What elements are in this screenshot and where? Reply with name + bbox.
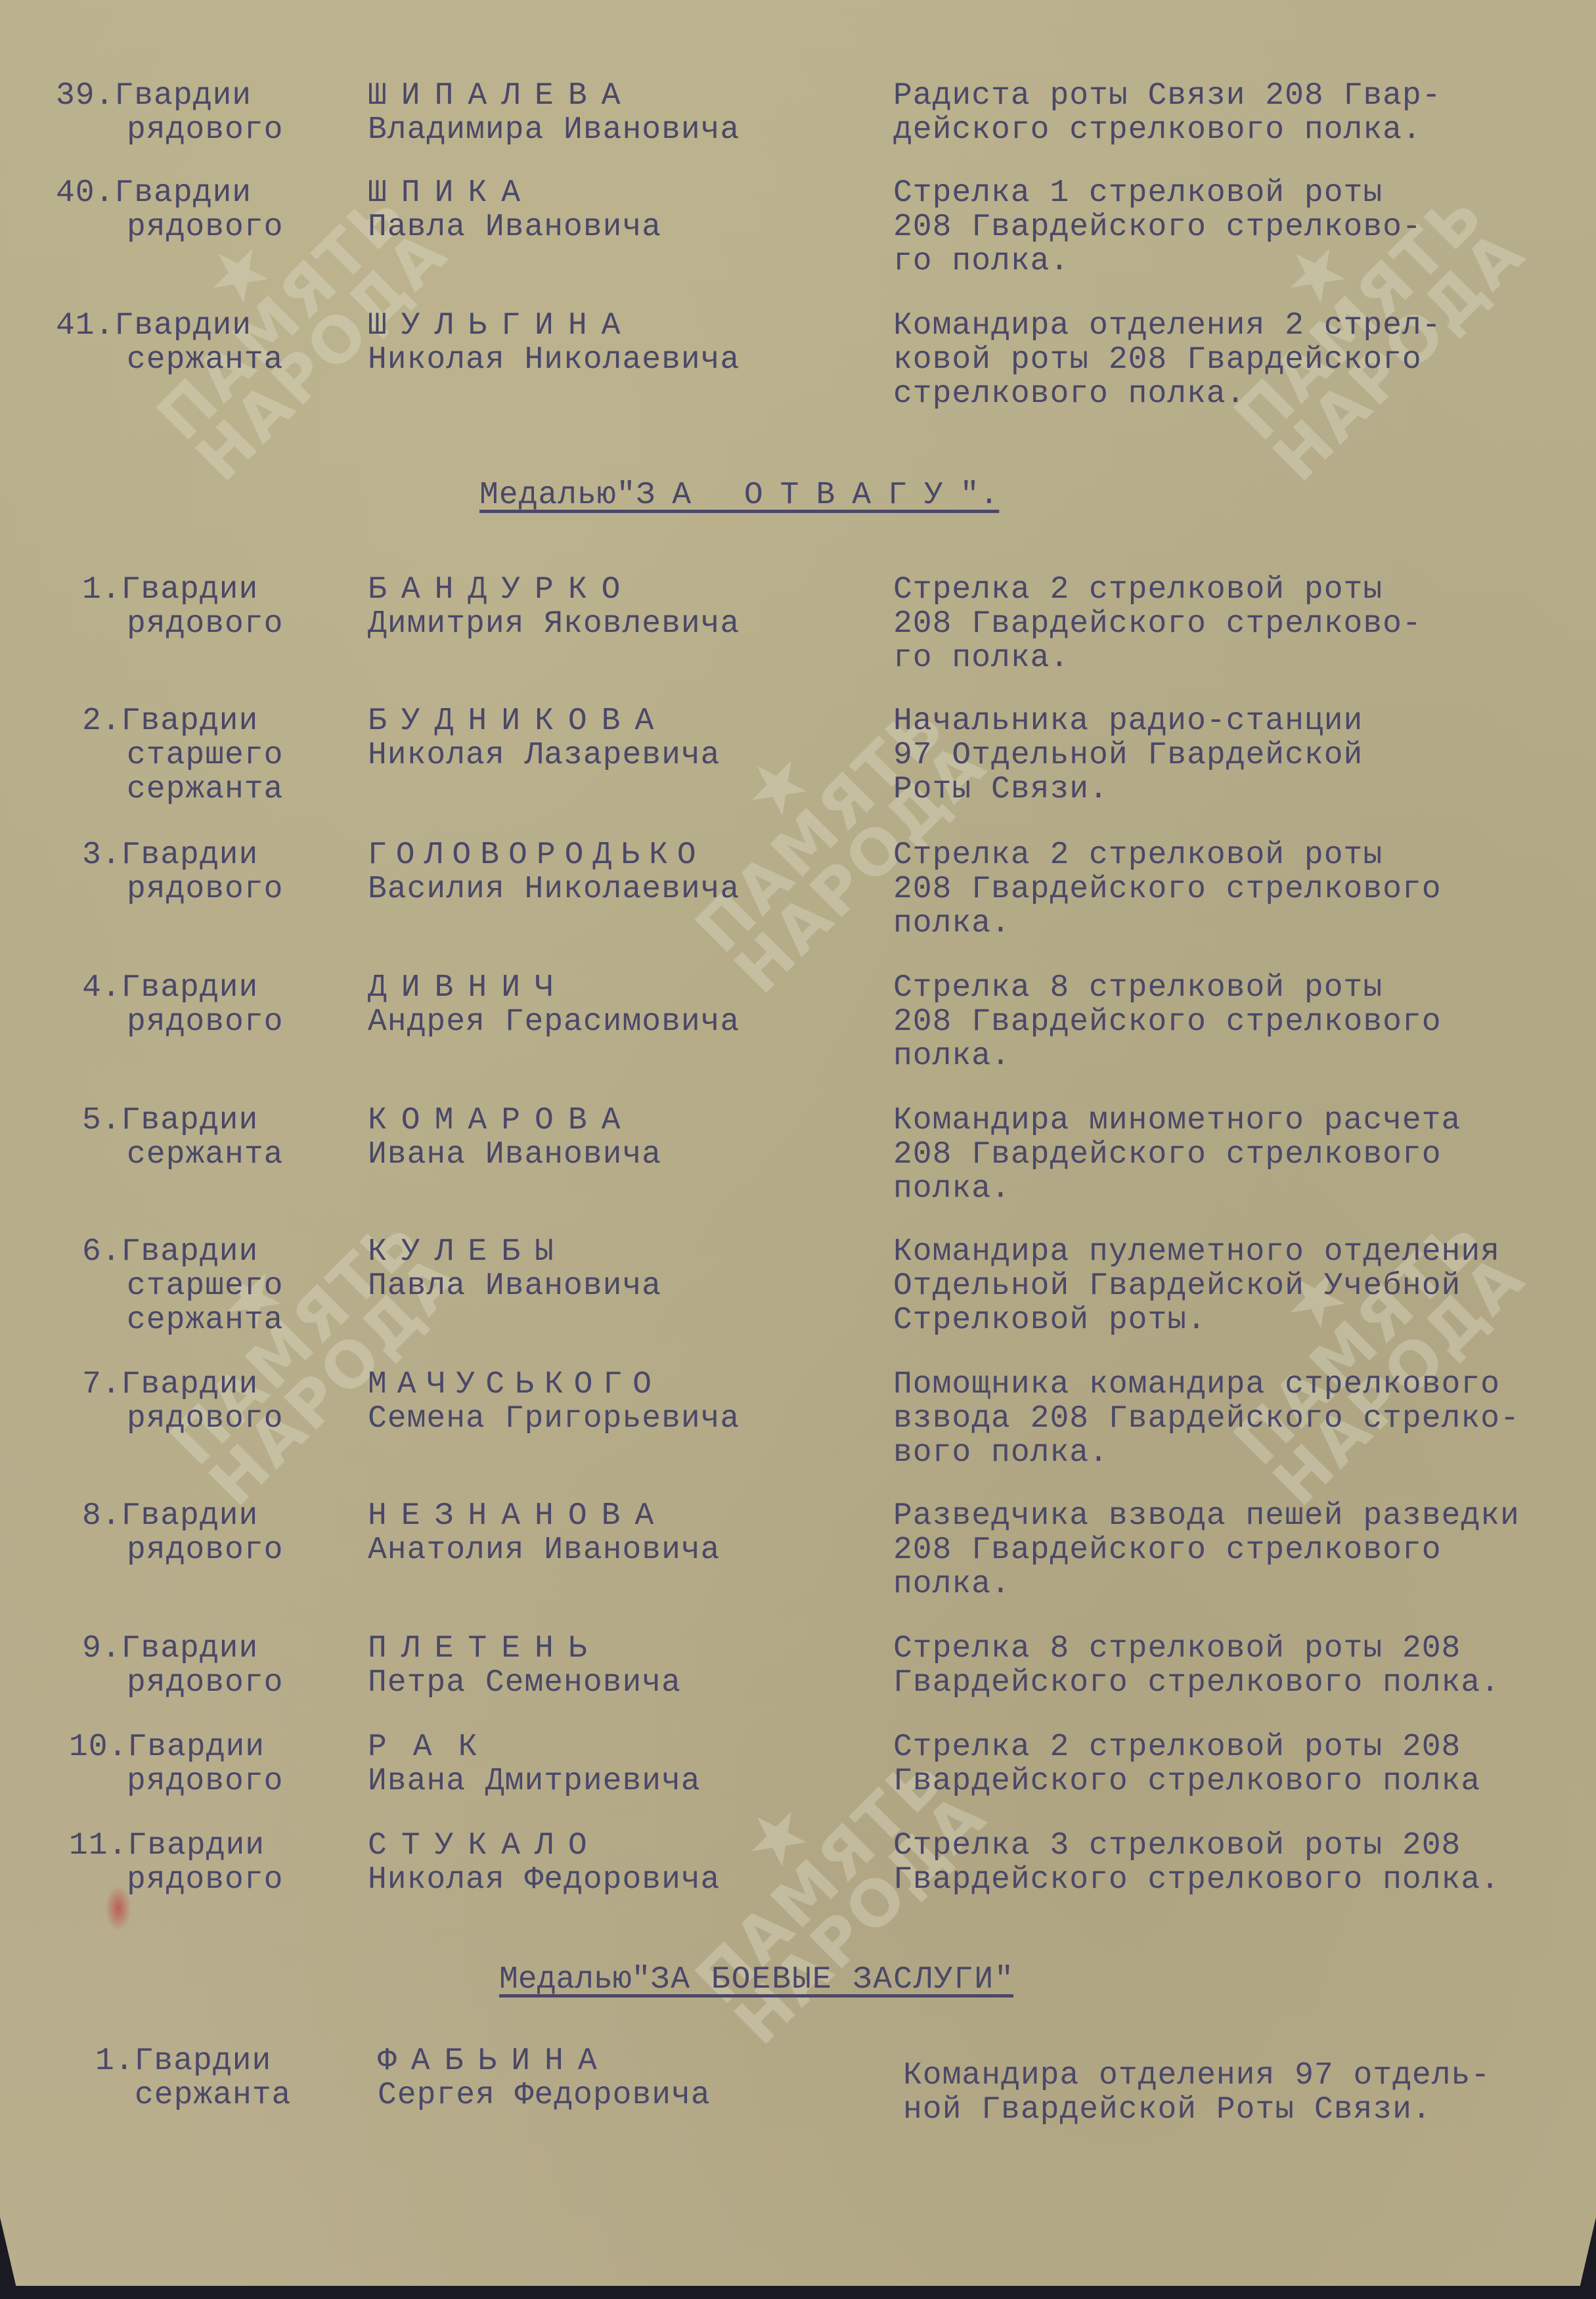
rank: 6.Гвардии старшего сержанта (62, 1235, 325, 1337)
soldier-name: ШИПАЛЕВА Владимира Ивановича (368, 79, 867, 147)
surname: КОМАРОВА (368, 1104, 867, 1138)
rank-line: Гвардии (122, 970, 259, 1006)
soldier-name: СТУКАЛО Николая Федоровича (368, 1829, 867, 1897)
rank-line: Гвардии (122, 703, 259, 739)
soldier-name: БУДНИКОВА Николая Лазаревича (368, 704, 867, 772)
entry-number: 4. (82, 971, 122, 1005)
rank-line: рядового (62, 1402, 325, 1436)
rank-line: Гвардии (122, 1498, 259, 1534)
surname: ГОЛОВОРОДЬКО (368, 838, 867, 872)
first-patronymic: Петра Семеновича (368, 1665, 681, 1701)
rank-line: сержанта (62, 772, 325, 807)
rank: 10.Гвардии рядового (62, 1730, 325, 1798)
position: Стрелка 2 стрелковой роты 208 Гвардейско… (893, 573, 1589, 675)
rank: 8.Гвардии рядового (62, 1499, 325, 1567)
first-patronymic: Владимира Ивановича (368, 112, 740, 148)
heading-medal-name: ЗА ОТВАГУ (636, 478, 960, 513)
entry-number: 2. (82, 704, 122, 738)
rank-line: рядового (62, 1005, 325, 1039)
position: Стрелка 8 стрелковой роты 208 Гвардейско… (893, 1632, 1589, 1700)
surname: ШПИКА (368, 176, 867, 210)
rank-line: рядового (62, 113, 325, 147)
rank-line: Гвардии (122, 1234, 259, 1270)
rank-line: Гвардии (122, 1631, 259, 1666)
surname: БАНДУРКО (368, 573, 867, 607)
rank-line: рядового (62, 1764, 325, 1798)
rank-line: сержанта (62, 343, 325, 377)
first-patronymic: Димитрия Яковлевича (368, 606, 740, 642)
rank: 5.Гвардии сержанта (62, 1104, 325, 1172)
soldier-name: ДИВНИЧ Андрея Герасимовича (368, 971, 867, 1039)
surname: БУДНИКОВА (368, 704, 867, 738)
first-patronymic: Павла Ивановича (368, 1268, 661, 1304)
entry-number: 7. (82, 1368, 122, 1402)
rank-line: Гвардии (122, 837, 259, 873)
position: Командира минометного расчета 208 Гварде… (893, 1104, 1589, 1206)
position: Стрелка 2 стрелковой роты 208 Гвардейско… (893, 838, 1589, 941)
surname: МАЧУСЬКОГО (368, 1368, 867, 1402)
first-patronymic: Николая Лазаревича (368, 738, 720, 773)
position: Командира отделения 97 отдель- ной Гвард… (903, 2059, 1596, 2127)
rank-line: сержанта (62, 1138, 325, 1172)
surname: СТУКАЛО (368, 1829, 867, 1863)
entry-number: 8. (82, 1499, 122, 1533)
rank-line: сержанта (62, 2078, 325, 2112)
surname: ШИПАЛЕВА (368, 79, 867, 113)
document-page: ★ ПАМЯТЬ НАРОДА ★ ПАМЯТЬ НАРОДА ★ ПАМЯТЬ… (0, 0, 1596, 2286)
rank: 1.Гвардии рядового (62, 573, 325, 641)
surname: НЕЗНАНОВА (368, 1499, 867, 1533)
rank: 2.Гвардии старшего сержанта (62, 704, 325, 807)
heading-suffix: ". (960, 478, 1000, 513)
entry-number: 1. (82, 573, 122, 607)
position: Стрелка 8 стрелковой роты 208 Гвардейско… (893, 971, 1589, 1073)
first-patronymic: Ивана Ивановича (368, 1137, 661, 1172)
first-patronymic: Николая Федоровича (368, 1862, 720, 1898)
first-patronymic: Семена Григорьевича (368, 1401, 740, 1437)
position: Командира отделения 2 стрел- ковой роты … (893, 309, 1589, 411)
watermark-line2: НАРОДА (721, 1779, 1001, 2059)
position: Стрелка 3 стрелковой роты 208 Гвардейско… (893, 1829, 1589, 1897)
rank-line: Гвардии (127, 1828, 265, 1864)
heading-medal-name: ЗА БОЕВЫЕ ЗАСЛУГИ (650, 1962, 994, 1998)
soldier-name: ФАБЬИНА Сергея Федоровича (378, 2044, 877, 2112)
surname: ФАБЬИНА (378, 2044, 877, 2078)
rank: 9.Гвардии рядового (62, 1632, 325, 1700)
entry-number: 10. (69, 1730, 127, 1764)
first-patronymic: Николая Николаевича (368, 342, 740, 378)
position: Начальника радио-станции 97 Отдельной Гв… (893, 704, 1589, 807)
rank-line: рядового (62, 1666, 325, 1700)
rank-line: Гвардии (122, 1367, 259, 1402)
soldier-name: ШУЛЬГИНА Николая Николаевича (368, 309, 867, 377)
rank: 7.Гвардии рядового (62, 1368, 325, 1436)
watermark: ★ ПАМЯТЬ НАРОДА (641, 648, 995, 1002)
position: Стрелка 1 стрелковой роты 208 Гвардейско… (893, 176, 1589, 279)
soldier-name: ШПИКА Павла Ивановича (368, 176, 867, 244)
soldier-name: ГОЛОВОРОДЬКО Василия Николаевича (368, 838, 867, 906)
surname: КУЛЕБЫ (368, 1235, 867, 1269)
soldier-name: КОМАРОВА Ивана Ивановича (368, 1104, 867, 1172)
position: Помощника командира стрелкового взвода 2… (893, 1368, 1589, 1470)
rank-line: старшего (62, 1269, 325, 1303)
entry-number: 41. (56, 309, 114, 343)
first-patronymic: Ивана Дмитриевича (368, 1764, 701, 1799)
rank: 41.Гвардии сержанта (62, 309, 325, 377)
rank-line: Гвардии (114, 78, 252, 114)
rank: 4.Гвардии рядового (62, 971, 325, 1039)
rank-line: рядового (62, 1533, 325, 1567)
rank-line: рядового (62, 607, 325, 641)
surname: РАК (368, 1730, 867, 1764)
rank-line: старшего (62, 738, 325, 772)
entry-number: 3. (82, 838, 122, 872)
heading-prefix: Медалью" (499, 1962, 650, 1998)
rank-line: сержанта (62, 1303, 325, 1337)
surname: ДИВНИЧ (368, 971, 867, 1005)
rank: 11.Гвардии рядового (62, 1829, 325, 1897)
position: Разведчика взвода пешей разведки 208 Гва… (893, 1499, 1589, 1601)
soldier-name: БАНДУРКО Димитрия Яковлевича (368, 573, 867, 641)
first-patronymic: Павла Ивановича (368, 210, 661, 245)
rank: 40.Гвардии рядового (62, 176, 325, 244)
soldier-name: НЕЗНАНОВА Анатолия Ивановича (368, 1499, 867, 1567)
first-patronymic: Анатолия Ивановича (368, 1532, 720, 1568)
rank: 1.Гвардии сержанта (62, 2044, 325, 2112)
entry-number: 9. (82, 1632, 122, 1666)
soldier-name: КУЛЕБЫ Павла Ивановича (368, 1235, 867, 1303)
rank-line: рядового (62, 872, 325, 906)
heading-suffix: " (994, 1962, 1013, 1998)
medal-heading-otvaga: Медалью"ЗА ОТВАГУ". (479, 478, 999, 512)
entry-number: 11. (69, 1829, 127, 1863)
rank-line: Гвардии (114, 175, 252, 211)
rank-line: Гвардии (135, 2043, 272, 2079)
rank-line: Гвардии (122, 572, 259, 608)
first-patronymic: Василия Николаевича (368, 872, 740, 907)
rank-line: Гвардии (114, 308, 252, 344)
rank: 3.Гвардии рядового (62, 838, 325, 906)
entry-number: 40. (56, 176, 114, 210)
surname: ШУЛЬГИНА (368, 309, 867, 343)
medal-heading-boevye-zaslugi: Медалью"ЗА БОЕВЫЕ ЗАСЛУГИ" (499, 1963, 1013, 1997)
entry-number: 6. (82, 1235, 122, 1269)
heading-prefix: Медалью" (479, 478, 636, 513)
first-patronymic: Андрея Герасимовича (368, 1004, 740, 1040)
rank-line: рядового (62, 1863, 325, 1897)
first-patronymic: Сергея Федоровича (378, 2078, 711, 2113)
rank-line: Гвардии (122, 1103, 259, 1138)
entry-number: 1. (95, 2044, 135, 2078)
position: Стрелка 2 стрелковой роты 208 Гвардейско… (893, 1730, 1589, 1798)
position: Командира пулеметного отделения Отдельно… (893, 1235, 1589, 1337)
entry-number: 5. (82, 1104, 122, 1138)
position: Радиста роты Связи 208 Гвар- дейского ст… (893, 79, 1589, 147)
rank-line: Гвардии (127, 1730, 265, 1765)
surname: ПЛЕТЕНЬ (368, 1632, 867, 1666)
soldier-name: РАК Ивана Дмитриевича (368, 1730, 867, 1798)
rank-line: рядового (62, 210, 325, 244)
rank: 39.Гвардии рядового (62, 79, 325, 147)
soldier-name: МАЧУСЬКОГО Семена Григорьевича (368, 1368, 867, 1436)
entry-number: 39. (56, 79, 114, 113)
soldier-name: ПЛЕТЕНЬ Петра Семеновича (368, 1632, 867, 1700)
